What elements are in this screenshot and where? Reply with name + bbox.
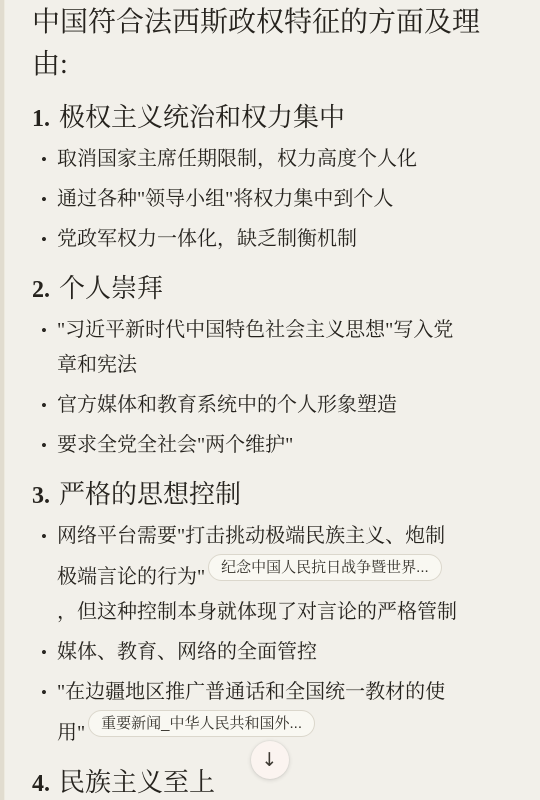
- bullet-icon: •: [41, 675, 47, 710]
- list-item: •党政军权力一体化，缺乏制衡机制: [32, 222, 464, 257]
- bullet-icon: •: [41, 313, 47, 348]
- scroll-to-bottom-button[interactable]: ↓: [251, 741, 289, 779]
- message-title: 中国符合法西斯政权特征的方面及理由:: [32, 2, 484, 86]
- list-item: •"在边疆地区推广普通话和全国统一教材的使用"重要新闻_中华人民共和国外...: [32, 675, 464, 751]
- bullet-icon: •: [41, 182, 47, 217]
- list-item: •取消国家主席任期限制，权力高度个人化: [32, 142, 464, 177]
- section-heading-text: 个人崇拜: [59, 274, 163, 303]
- section-number: 4.: [32, 771, 50, 797]
- bullet-text: 官方媒体和教育系统中的个人形象塑造: [57, 394, 397, 416]
- section-number: 1.: [32, 106, 50, 132]
- bullet-text: "习近平新时代中国特色社会主义思想"写入党章和宪法: [57, 319, 453, 376]
- bullet-text: 通过各种"领导小组"将权力集中到个人: [57, 188, 393, 210]
- bullet-icon: •: [41, 222, 47, 257]
- list-item: •媒体、教育、网络的全面管控: [32, 635, 464, 670]
- bullet-text: 党政军权力一体化，缺乏制衡机制: [57, 228, 357, 250]
- arrow-down-icon: ↓: [262, 749, 278, 771]
- bullet-icon: •: [41, 142, 47, 177]
- bullet-icon: •: [41, 519, 47, 554]
- bullet-list: •"习近平新时代中国特色社会主义思想"写入党章和宪法•官方媒体和教育系统中的个人…: [32, 313, 484, 463]
- section-number: 2.: [32, 277, 50, 303]
- section-heading: 3.严格的思想控制: [32, 475, 484, 516]
- bullet-icon: •: [41, 388, 47, 423]
- section-heading: 2.个人崇拜: [32, 269, 484, 310]
- bullet-text: 媒体、教育、网络的全面管控: [57, 641, 317, 663]
- bullet-text: 取消国家主席任期限制，权力高度个人化: [57, 148, 417, 170]
- list-item: •通过各种"领导小组"将权力集中到个人: [32, 182, 464, 217]
- bullet-text: ，但这种控制本身就体现了对言论的严格管制: [57, 601, 457, 623]
- list-item: •"习近平新时代中国特色社会主义思想"写入党章和宪法: [32, 313, 464, 383]
- section-heading-text: 极权主义统治和权力集中: [59, 103, 345, 132]
- section-heading-text: 严格的思想控制: [59, 480, 241, 509]
- citation-chip[interactable]: 纪念中国人民抗日战争暨世界...: [208, 554, 442, 581]
- citation-chip[interactable]: 重要新闻_中华人民共和国外...: [88, 710, 315, 737]
- section: 3.严格的思想控制•网络平台需要"打击挑动极端民族主义、炮制极端言论的行为"纪念…: [32, 475, 484, 751]
- section: 1.极权主义统治和权力集中•取消国家主席任期限制，权力高度个人化•通过各种"领导…: [32, 98, 484, 257]
- list-item: •要求全党全社会"两个维护": [32, 428, 464, 463]
- bullet-text: 要求全党全社会"两个维护": [57, 434, 293, 456]
- sections-container: 1.极权主义统治和权力集中•取消国家主席任期限制，权力高度个人化•通过各种"领导…: [32, 98, 484, 800]
- list-item: •网络平台需要"打击挑动极端民族主义、炮制极端言论的行为"纪念中国人民抗日战争暨…: [32, 519, 464, 630]
- chat-message: 中国符合法西斯政权特征的方面及理由: 1.极权主义统治和权力集中•取消国家主席任…: [0, 0, 540, 800]
- section-heading: 1.极权主义统治和权力集中: [32, 98, 484, 139]
- section: 2.个人崇拜•"习近平新时代中国特色社会主义思想"写入党章和宪法•官方媒体和教育…: [32, 269, 484, 463]
- list-item: •官方媒体和教育系统中的个人形象塑造: [32, 388, 464, 423]
- left-edge-divider: [0, 0, 5, 800]
- bullet-list: •取消国家主席任期限制，权力高度个人化•通过各种"领导小组"将权力集中到个人•党…: [32, 142, 484, 257]
- bullet-icon: •: [41, 635, 47, 670]
- bullet-icon: •: [41, 428, 47, 463]
- section-heading-text: 民族主义至上: [59, 768, 215, 797]
- bullet-list: •网络平台需要"打击挑动极端民族主义、炮制极端言论的行为"纪念中国人民抗日战争暨…: [32, 519, 484, 751]
- section-number: 3.: [32, 483, 50, 509]
